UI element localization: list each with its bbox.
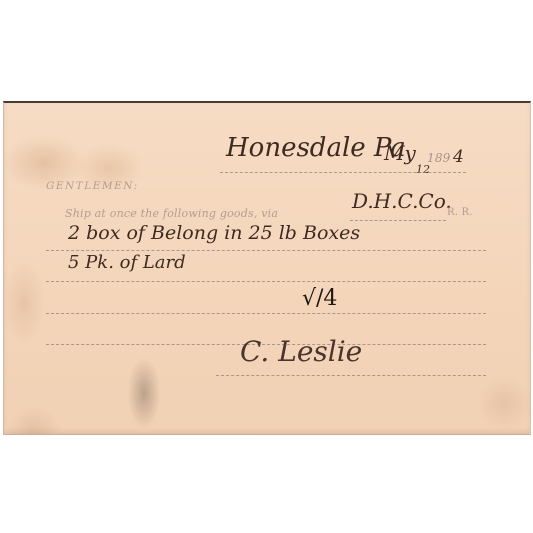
handwritten-place: Honesdale Pa bbox=[226, 133, 406, 163]
salutation: GENTLEMEN: bbox=[46, 180, 139, 192]
order-line-2: 5 Pk. of Lard bbox=[68, 252, 186, 273]
order-line-rule-2 bbox=[46, 281, 486, 282]
carrier-line bbox=[350, 220, 446, 221]
handwritten-year-digit: 4 bbox=[453, 147, 464, 167]
printed-year: 189 bbox=[427, 151, 451, 165]
handwritten-carrier: D.H.C.Co. bbox=[352, 189, 452, 213]
postal-card: Honesdale Pa My 12 189 4 GENTLEMEN: Ship… bbox=[3, 101, 531, 435]
handwritten-month: My bbox=[384, 141, 416, 165]
signature-line bbox=[216, 375, 486, 376]
signature: C. Leslie bbox=[240, 335, 362, 368]
ship-instructions: Ship at once the following goods, via bbox=[65, 207, 278, 220]
order-line-rule-1 bbox=[46, 250, 486, 251]
date-line bbox=[220, 172, 466, 173]
order-line-1: 2 box of Belong in 25 lb Boxes bbox=[68, 222, 360, 244]
order-line-rule-3 bbox=[46, 313, 486, 314]
check-mark: √/4 bbox=[302, 286, 337, 311]
rail-road-suffix: R. R. bbox=[447, 207, 473, 218]
